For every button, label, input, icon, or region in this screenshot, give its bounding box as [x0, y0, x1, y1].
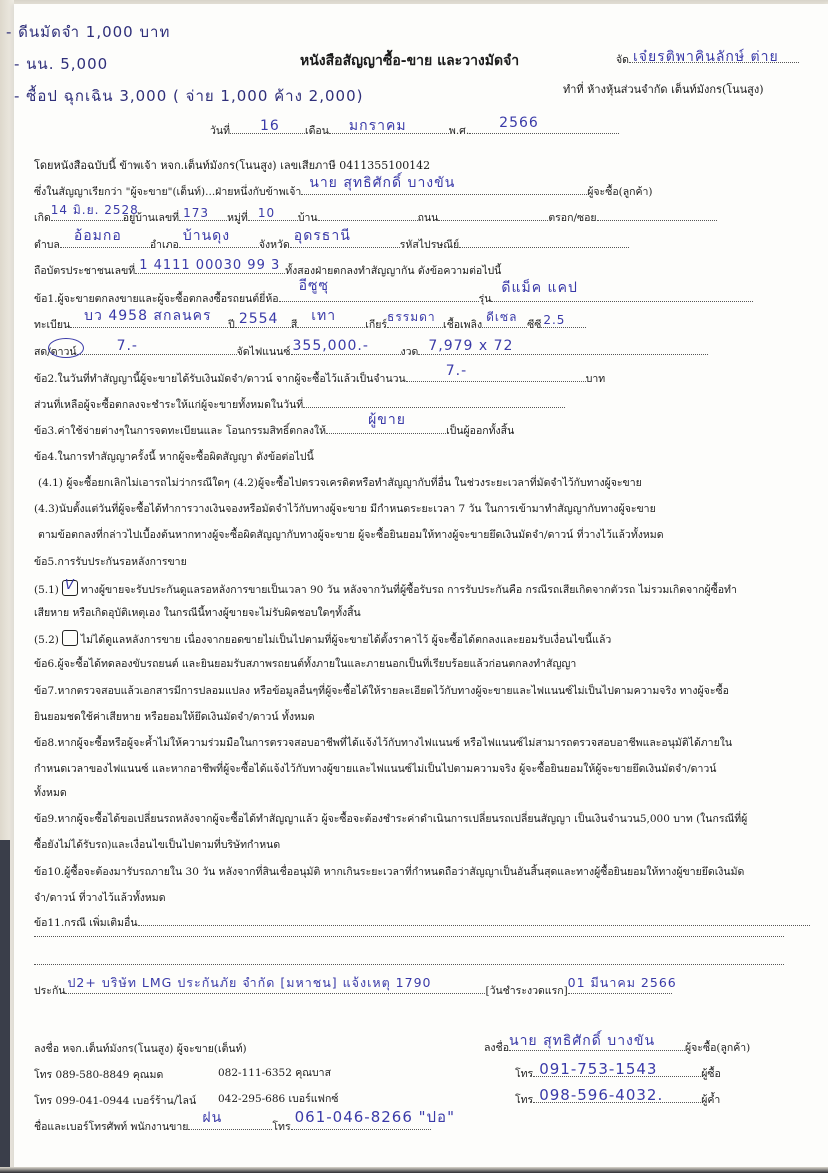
clause6: ข้อ6.ผู้จะซื้อได้ทดลองขับรถยนต์ และยินยอ… [34, 655, 576, 672]
province-label: จังหวัด [259, 239, 290, 251]
clause4-1: (4.1) ผู้จะซื้อยกเลิกไม่เอารถไม่ว่ากรณีใ… [38, 474, 642, 491]
vehicle-payment-line: สด/ดาวน์7.-จัดไฟแนนซ์355,000.-งวด7,979 x… [34, 343, 708, 360]
id-value: 1 4111 00030 99 3 [139, 258, 280, 273]
clause4-3b: ตามข้อตกลงที่กล่าวไปเบื้องต้นหากทางผู้จะ… [38, 526, 664, 543]
reg-value: บว 4958 สกลนคร [84, 305, 211, 327]
buyer-phone-label: โทร [515, 1068, 533, 1080]
note-nn: - นน. 5,000 [14, 52, 108, 76]
made-by-field: จัดเจ๋ยรติพาคินลักษ์ ต่าย [616, 52, 799, 67]
fuel-label: เชื้อเพลิง [443, 319, 482, 331]
guarantor-phone-label: โทร [515, 1094, 533, 1106]
month-value: มกราคม [349, 119, 407, 133]
buyer-line: ซึ่งในสัญญาเรียกว่า "ผู้จะขาย"(เต็นท์)..… [34, 183, 653, 200]
clause7b: ยินยอมชดใช้ค่าเสียหาย หรือยอมให้ยึดเงินม… [34, 708, 315, 725]
clause3-label: ข้อ3.ค่าใช้จ่ายต่างๆในการจดทะเบียนและ โอ… [34, 425, 326, 437]
amphoe-label: อำเภอ [150, 239, 179, 251]
guarantor-phone-suffix: ผู้ค้ำ [701, 1094, 720, 1106]
house-value: 173 [183, 206, 209, 220]
staff-line: ชื่อและเบอร์โทรศัพท์ พนักงานขายฝนโทร061-… [34, 1118, 431, 1135]
staff-phone-label: โทร [272, 1121, 290, 1133]
seller-phone-1: โทร 089-580-8849 คุณมด [34, 1066, 163, 1083]
vehicle-reg-line: ทะเบียนบว 4958 สกลนครปี2554สีเทาเกียร์ธร… [34, 316, 586, 333]
clause11-line: ข้อ11.กรณี เพิ่มเติมอื่น [34, 914, 810, 931]
clause2-rest-line: ส่วนที่เหลือผู้จะซื้อตกลงจะชำระให้แก่ผู้… [34, 396, 565, 413]
buyer-phone: 091-753-1543 [539, 1062, 657, 1076]
clause8c: ทั้งหมด [34, 784, 67, 801]
seller-signature: ลงชื่อ หจก.เต็นท์มังกร(โนนสูง) ผู้จะขาย(… [34, 1040, 247, 1057]
clause4-3a: (4.3)นับตั้งแต่วันที่ผู้จะซื้อได้ทำการวา… [34, 500, 656, 517]
clause3-line: ข้อ3.ค่าใช้จ่ายต่างๆในการจดทะเบียนและ โอ… [34, 422, 514, 439]
zip-label: รหัสไปรษณีย์ [400, 239, 459, 251]
color-value: เทา [311, 305, 336, 327]
seller-fax: 042-295-686 เบอร์แฟกซ์ [218, 1092, 338, 1106]
buyer-phone-line: โทร091-753-1543ผู้ซื้อ [515, 1066, 721, 1081]
guarantor-phone-line: โทร098-596-4032.ผู้ค้ำ [515, 1092, 720, 1107]
page-bottom-shadow [0, 1167, 828, 1173]
day-value: 16 [260, 119, 280, 133]
clause3-value: ผู้ขาย [368, 409, 406, 431]
clause5-1-label: (5.1) [34, 584, 59, 596]
village-label: บ้าน [298, 212, 318, 224]
day-label: วันที่ [210, 125, 230, 137]
id-label: ถือบัตรประชาชนเลขที่ [34, 265, 135, 277]
buyer-phone-suffix: ผู้ซื้อ [701, 1068, 721, 1080]
party-label: ซึ่งในสัญญาเรียกว่า "ผู้จะขาย"(เต็นท์)..… [34, 186, 301, 198]
year-label: พ.ศ. [449, 125, 469, 137]
road-label: ถนน [418, 212, 439, 224]
clause8a: ข้อ8.หากผู้จะซื้อหรือผู้จะค้ำไม่ให้ความร… [34, 734, 732, 751]
staff-label: ชื่อและเบอร์โทรศัพท์ พนักงานขาย [34, 1121, 188, 1133]
born-value: 14 มิ.ย. 2528 [51, 201, 139, 220]
buyer-name: นาย สุทธิศักดิ์ บางขัน [309, 172, 455, 194]
clause2-label: ข้อ2.ในวันที่ทำสัญญานี้ผู้จะขายได้รับเงิ… [34, 373, 406, 385]
buyer-sign-label: ลงชื่อ [484, 1042, 509, 1054]
clause5-title: ข้อ5.การรับประกันรอหลังการขาย [34, 553, 187, 570]
finance-label: จัดไฟแนนซ์ [237, 346, 291, 358]
note-emergency: - ซื้อป ฉุกเฉิน 3,000 ( จ่าย 1,000 ค้าง … [14, 84, 363, 108]
clause2-rest-label: ส่วนที่เหลือผู้จะซื้อตกลงจะชำระให้แก่ผู้… [34, 399, 303, 411]
buyer-sign-suffix: ผู้จะซื้อ(ลูกค้า) [685, 1042, 750, 1054]
warranty-90-day-checkbox[interactable]: V [62, 580, 78, 596]
clause10b: จำ/ดาวน์ ที่วางไว้แล้วทั้งหมด [34, 889, 166, 906]
staff-name: ฝน [202, 1107, 222, 1129]
first-payment-value: 01 มีนาคม 2566 [568, 973, 677, 993]
tambon-label: ตำบล [34, 239, 60, 251]
clause2-amount: 7.- [446, 363, 467, 379]
clause2-unit: บาท [586, 373, 605, 385]
clause10a: ข้อ10.ผู้ซื้อจะต้องมารับรถภายใน 30 วัน ห… [34, 863, 744, 880]
check-mark-icon: V [65, 578, 74, 593]
clause11-field [138, 915, 810, 926]
moo-value: 10 [258, 206, 275, 220]
vyear-label: ปี [228, 319, 235, 331]
staff-phone: 061-046-8266 "ปอ" [295, 1105, 455, 1129]
tambon-value: อ้อมกอ [74, 225, 122, 247]
down-value: 7.- [117, 338, 138, 354]
born-label: เกิด [34, 212, 51, 224]
gear-value: ธรรมดา [387, 308, 436, 327]
clause4-title: ข้อ4.ในการทำสัญญาครั้งนี้ หากผู้จะซื้อผิ… [34, 448, 314, 465]
clause5-2: (5.2)ไม่ได้ดูแลหลังการขาย เนื่องจากยอดขา… [34, 630, 611, 648]
year-value: 2566 [499, 116, 539, 130]
clause9b: ซื้อยังไม่ได้รับรถ)และเงื่อนไขเป็นไปตามท… [34, 836, 280, 853]
clause5-2-text: ไม่ได้ดูแลหลังการขาย เนื่องจากยอดขายไม่เ… [81, 634, 611, 646]
made-by-label: จัด [616, 54, 629, 66]
no-warranty-checkbox[interactable] [62, 630, 78, 646]
date-line: วันที่16เดือนมกราคมพ.ศ.2566 [210, 123, 619, 138]
address-line: เกิด14 มิ.ย. 2528อยู่บ้านเลขที่173หมู่ที… [34, 209, 717, 226]
moo-label: หมู่ที่ [227, 212, 248, 224]
note-deposit: - ดีนมัดจำ 1,000 บาท [6, 20, 170, 44]
first-payment-label: [วันชำระงวดแรก] [485, 985, 567, 997]
seller-phone-2: 082-111-6352 คุณบาส [218, 1066, 331, 1080]
seller-phone-3: โทร 099-041-0944 เบอร์ร้าน/ไลน์ [34, 1092, 196, 1109]
finance-value: 355,000.- [293, 338, 369, 354]
reg-label: ทะเบียน [34, 319, 70, 331]
cc-label: ซีซี [527, 319, 541, 331]
clause2-line: ข้อ2.ในวันที่ทำสัญญานี้ผู้จะขายได้รับเงิ… [34, 370, 605, 387]
gear-label: เกียร์ [365, 319, 387, 331]
blank-line-1 [34, 936, 784, 937]
insurance-label: ประกัน [34, 985, 65, 997]
buyer-suffix: ผู้จะซื้อ(ลูกค้า) [587, 186, 652, 198]
month-label: เดือน [305, 125, 329, 137]
clause11-label: ข้อ11.กรณี เพิ่มเติมอื่น [34, 917, 138, 929]
model-value: ดีแม็ค แคป [501, 277, 577, 299]
down-circled-mark [48, 338, 84, 358]
clause1-label: ข้อ1.ผู้จะขายตกลงขายและผู้จะซื้อตกลงซื้อ… [34, 293, 279, 305]
clause5-1b: เสียหาย หรือเกิดอุบัติเหตุเอง ในกรณีนี้ท… [34, 604, 361, 621]
alley-label: ตรอก/ซอย [548, 212, 596, 224]
clause5-1: (5.1)Vทางผู้ขายจะรับประกันดูแลรอหลังการข… [34, 580, 737, 598]
insurance-line: ประกันป2+ บริษัท LMG ประกันภัย จำกัด [มห… [34, 982, 672, 999]
cc-value: 2.5 [543, 313, 565, 327]
model-label: รุ่น [479, 293, 492, 305]
document-title: หนังสือสัญญาซื้อ-ขาย และวางมัดจำ [300, 50, 519, 72]
clause8b: กำหนดเวลาของไฟแนนซ์ และหากอาชีพที่ผู้จะซ… [34, 760, 716, 777]
clause3-suffix: เป็นผู้ออกทั้งสิ้น [446, 425, 514, 437]
blank-line-2 [34, 964, 784, 965]
clause7a: ข้อ7.หากตรวจสอบแล้วเอกสารมีการปลอมแปลง ห… [34, 682, 729, 699]
installment-label: งวด [401, 346, 419, 358]
id-line: ถือบัตรประชาชนเลขที่1 4111 00030 99 3ทั้… [34, 262, 501, 279]
clause5-1-text: ทางผู้ขายจะรับประกันดูแลรอหลังการขายเป็น… [81, 584, 737, 596]
amphoe-value: บ้านดุง [183, 225, 230, 247]
background-left-dark [0, 840, 10, 1173]
district-line: ตำบลอ้อมกออำเภอบ้านดุงจังหวัดอุดรธานีรหั… [34, 236, 629, 253]
location: ทำที่ ห้างหุ้นส่วนจำกัด เต็นท์มังกร(โนนส… [563, 83, 764, 97]
fuel-value: ดีเซล [486, 308, 517, 327]
guarantor-phone: 098-596-4032. [539, 1088, 663, 1102]
clause9a: ข้อ9.หากผู้จะซื้อได้ขอเปลี่ยนรถหลังจากผู… [34, 810, 747, 827]
buyer-signature: นาย สุทธิศักดิ์ บางขัน [509, 1034, 655, 1048]
installment-value: 7,979 x 72 [428, 338, 513, 354]
insurance-value: ป2+ บริษัท LMG ประกันภัย จำกัด [มหาชน] แ… [67, 973, 431, 993]
buyer-signature-line: ลงชื่อนาย สุทธิศักดิ์ บางขันผู้จะซื้อ(ลู… [484, 1040, 750, 1055]
clause5-2-label: (5.2) [34, 634, 59, 646]
brand-value: อีซูซุ [299, 275, 329, 297]
made-by-value: เจ๋ยรติพาคินลักษ์ ต่าย [633, 50, 779, 64]
vyear-value: 2554 [239, 311, 279, 327]
province-value: อุดรธานี [294, 225, 351, 247]
